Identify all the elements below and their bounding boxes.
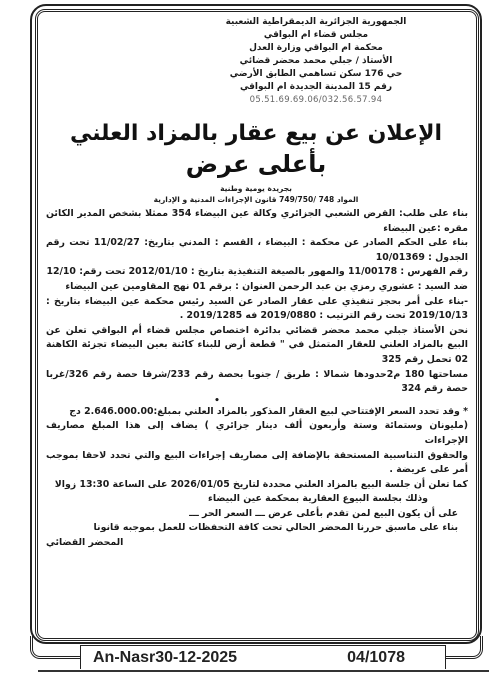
header-line-city: رقم 15 المدينة الجديدة ام البواقي bbox=[164, 81, 468, 94]
footer-rule bbox=[38, 670, 489, 672]
seizure-order-paragraph: -بناء على أمر بحجز تنفيذي على عقار الصاد… bbox=[46, 295, 468, 324]
publication-footer: An-Nasr30-12-2025 04/1078 bbox=[80, 645, 446, 669]
request-paragraph: بناء على طلب: القرض الشعبي الجزائري وكال… bbox=[46, 207, 468, 236]
publication-reference: 04/1078 bbox=[347, 649, 405, 667]
fees-paragraph: والحقوق التناسبية المستحقة بالإضافة إلى … bbox=[46, 449, 468, 478]
signature-bailiff: المحضر القضائي bbox=[46, 536, 468, 551]
highest-bid-line: على أن يكون البيع لمن تقدم بأعلى عرض ـــ… bbox=[46, 507, 468, 522]
header-line-council: مجلس قضاء ام البواقي bbox=[164, 29, 468, 42]
opening-price-paragraph: * وقد تحدد السعر الإفتتاحي لبيع العقار ا… bbox=[46, 405, 468, 420]
session-location-line: وذلك بجلسة البيوع العقارية بمحكمة عين ال… bbox=[46, 492, 468, 507]
footer-frame-connector-right bbox=[444, 636, 483, 659]
announcement-body: بناء على طلب: القرض الشعبي الجزائري وكال… bbox=[44, 207, 468, 551]
footer-frame-connector-left bbox=[30, 636, 85, 659]
header-line-republic: الجمهورية الجزائرية الديمقراطية الشعبية bbox=[164, 16, 468, 29]
property-boundaries-paragraph: مساحتها 180 م2حدودها شمالا : طريق / جنوب… bbox=[46, 368, 468, 397]
bullet-dot: • bbox=[46, 397, 388, 405]
publication-name-date: An-Nasr30-12-2025 bbox=[93, 649, 237, 667]
closing-statement-line: بناء على ماسبق حررنا المحضر الحالي تحت ك… bbox=[46, 521, 468, 536]
header-phone: 05.51.69.69.06/032.56.57.94 bbox=[164, 94, 468, 107]
publication-note: بجريدة يومية وطنية bbox=[44, 183, 468, 194]
judgment-paragraph: بناء على الحكم الصادر عن محكمة : البيضاء… bbox=[46, 236, 468, 265]
header-line-court: محكمة ام البواقي وزارة العدل bbox=[164, 42, 468, 55]
announcement-content: الجمهورية الجزائرية الديمقراطية الشعبية … bbox=[44, 16, 468, 551]
legal-articles: المواد 748 /749/750 قانون الإجراءات المد… bbox=[44, 194, 468, 205]
announcement-subtitle: بأعلى عرض bbox=[44, 149, 468, 179]
header-line-bailiff: الأستاذ / جبلي محمد محضر قضائي bbox=[164, 55, 468, 68]
sale-notice-paragraph: نحن الأستاذ جبلي محمد محضر قضائي بدائرة … bbox=[46, 324, 468, 368]
defendant-paragraph: ضد السيد : عشوري رمزي بن عبد الرحمن العن… bbox=[46, 280, 468, 295]
session-date-paragraph: كما تعلن أن جلسة البيع بالمزاد العلني مح… bbox=[46, 478, 468, 493]
header-line-address: حي 176 سكن تساهمي الطابق الأرضي bbox=[164, 68, 468, 81]
announcement-title: الإعلان عن بيع عقار بالمزاد العلني bbox=[44, 119, 468, 149]
index-paragraph: رقم الفهرس : 11/00178 والمهور بالصيغة ال… bbox=[46, 265, 468, 280]
bailiff-header: الجمهورية الجزائرية الديمقراطية الشعبية … bbox=[164, 16, 468, 107]
price-in-words-paragraph: (مليونان وستمائة وستة وأربعون ألف دينار … bbox=[46, 419, 468, 448]
